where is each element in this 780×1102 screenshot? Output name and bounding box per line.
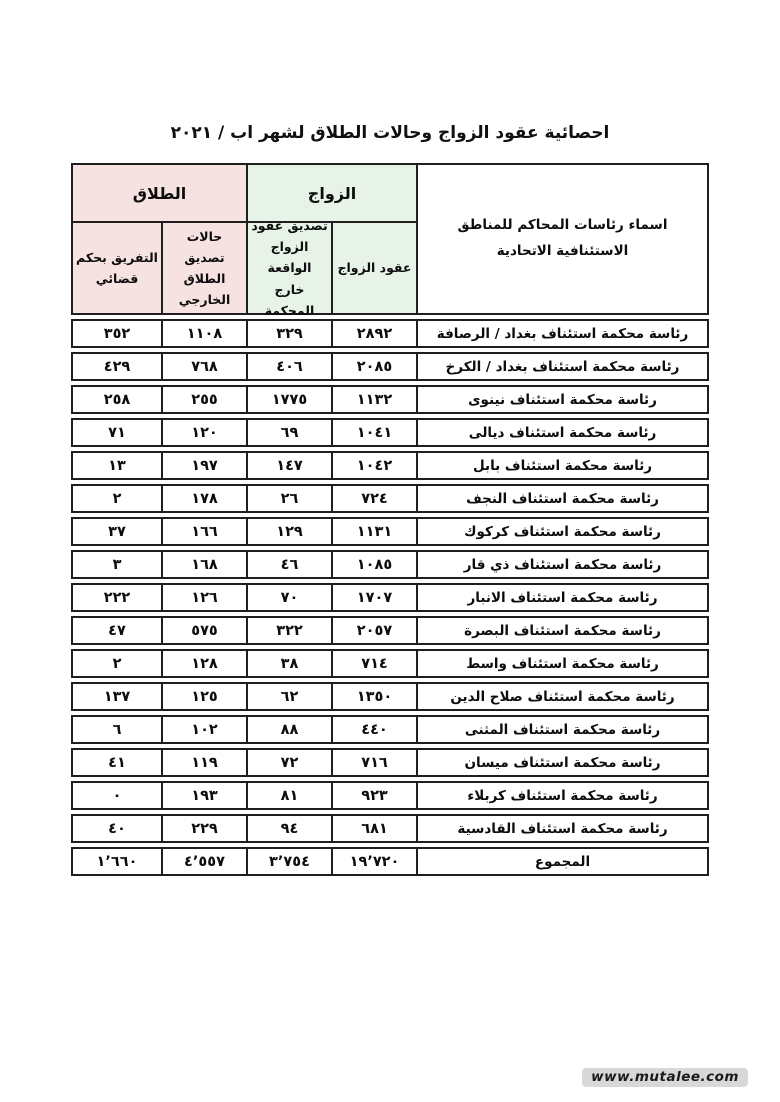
total-row: المجموع١٩٬٧٢٠٣٬٧٥٤٤٬٥٥٧١٬٦٦٠: [71, 847, 709, 876]
judicial-separation-cell: ٢٢٢: [73, 585, 161, 610]
marriage-contracts-cell: ١١٣١: [331, 519, 416, 544]
marriage-contracts-cell: ٧٢٤: [331, 486, 416, 511]
external-divorce-cell: ١٢٠: [161, 420, 246, 445]
court-name-cell: رئاسة محكمة استئناف ديالى: [416, 420, 707, 445]
court-name-cell: رئاسة محكمة استئناف النجف: [416, 486, 707, 511]
court-name-cell: رئاسة محكمة استئناف واسط: [416, 651, 707, 676]
outside-court-cell: ٦٢: [246, 684, 331, 709]
marriage-contracts-cell: ٧١٤: [331, 651, 416, 676]
marriage-contracts-cell: ٤٤٠: [331, 717, 416, 742]
external-divorce-cell: ١٩٧: [161, 453, 246, 478]
marriage-contracts-cell: ١٧٠٧: [331, 585, 416, 610]
table-row: رئاسة محكمة استئناف صلاح الدين١٣٥٠٦٢١٢٥١…: [71, 682, 709, 711]
outside-court-cell: ٧٠: [246, 585, 331, 610]
court-name-cell: رئاسة محكمة استئناف الانبار: [416, 585, 707, 610]
court-name-cell: رئاسة محكمة استئناف نينوى: [416, 387, 707, 412]
judicial-separation-cell: ١٣: [73, 453, 161, 478]
table-row: رئاسة محكمة استئناف ديالى١٠٤١٦٩١٢٠٧١: [71, 418, 709, 447]
marriage-contracts-cell: ١٠٤١: [331, 420, 416, 445]
column-header-court-names: اسماء رئاسات المحاكم للمناطق الاستئنافية…: [416, 165, 707, 313]
external-divorce-cell: ١٢٦: [161, 585, 246, 610]
outside-court-cell: ٩٤: [246, 816, 331, 841]
judicial-separation-cell: ٧١: [73, 420, 161, 445]
external-divorce-cell: ١٢٨: [161, 651, 246, 676]
external-divorce-cell: ٧٦٨: [161, 354, 246, 379]
outside-court-cell: ٢٦: [246, 486, 331, 511]
table-body: رئاسة محكمة استئناف بغداد / الرصافة٢٨٩٢٣…: [71, 319, 709, 876]
judicial-separation-cell: ٢٥٨: [73, 387, 161, 412]
court-name-cell: رئاسة محكمة استئناف ذي قار: [416, 552, 707, 577]
table-row: رئاسة محكمة استئناف نينوى١١٣٢١٧٧٥٢٥٥٢٥٨: [71, 385, 709, 414]
external-divorce-cell: ٤٬٥٥٧: [161, 849, 246, 874]
outside-court-cell: ٣٢٩: [246, 321, 331, 346]
external-divorce-cell: ١٢٥: [161, 684, 246, 709]
outside-court-cell: ١٤٧: [246, 453, 331, 478]
external-divorce-cell: ١١٠٨: [161, 321, 246, 346]
table-row: رئاسة محكمة استئناف واسط٧١٤٣٨١٢٨٢: [71, 649, 709, 678]
table-row: رئاسة محكمة استئناف البصرة٢٠٥٧٣٢٢٥٧٥٤٧: [71, 616, 709, 645]
judicial-separation-cell: ٠: [73, 783, 161, 808]
table-row: رئاسة محكمة استئناف النجف٧٢٤٢٦١٧٨٢: [71, 484, 709, 513]
marriage-contracts-cell: ٧١٦: [331, 750, 416, 775]
judicial-separation-cell: ٣: [73, 552, 161, 577]
column-header-marriage-contracts: عقود الزواج: [331, 223, 416, 313]
marriage-contracts-cell: ٢٠٥٧: [331, 618, 416, 643]
judicial-separation-cell: ١٣٧: [73, 684, 161, 709]
judicial-separation-cell: ٤٢٩: [73, 354, 161, 379]
marriage-contracts-cell: ٩٢٣: [331, 783, 416, 808]
outside-court-cell: ٤٠٦: [246, 354, 331, 379]
external-divorce-cell: ١٦٦: [161, 519, 246, 544]
outside-court-cell: ٦٩: [246, 420, 331, 445]
court-name-cell: رئاسة محكمة استئناف كركوك: [416, 519, 707, 544]
judicial-separation-cell: ٤٧: [73, 618, 161, 643]
group-header-divorce: الطلاق: [73, 165, 246, 223]
judicial-separation-cell: ٦: [73, 717, 161, 742]
court-name-cell: رئاسة محكمة استئناف البصرة: [416, 618, 707, 643]
marriage-contracts-cell: ٢٠٨٥: [331, 354, 416, 379]
column-header-judicial-separation: التفريق بحكم قضائي: [73, 223, 161, 313]
court-name-cell: رئاسة محكمة استئناف صلاح الدين: [416, 684, 707, 709]
judicial-separation-cell: ٤١: [73, 750, 161, 775]
table-row: رئاسة محكمة استئناف بغداد / الكرخ٢٠٨٥٤٠٦…: [71, 352, 709, 381]
external-divorce-cell: ١٩٣: [161, 783, 246, 808]
external-divorce-cell: ١٦٨: [161, 552, 246, 577]
outside-court-cell: ١٢٩: [246, 519, 331, 544]
outside-court-cell: ٣٬٧٥٤: [246, 849, 331, 874]
table-row: رئاسة محكمة استئناف الانبار١٧٠٧٧٠١٢٦٢٢٢: [71, 583, 709, 612]
marriage-contracts-cell: ٢٨٩٢: [331, 321, 416, 346]
court-name-cell: رئاسة محكمة استئناف كربلاء: [416, 783, 707, 808]
table-row: رئاسة محكمة استئناف بغداد / الرصافة٢٨٩٢٣…: [71, 319, 709, 348]
statistics-table: اسماء رئاسات المحاكم للمناطق الاستئنافية…: [71, 163, 709, 876]
table-row: رئاسة محكمة استئناف كربلاء٩٢٣٨١١٩٣٠: [71, 781, 709, 810]
court-name-cell: رئاسة محكمة استئناف ميسان: [416, 750, 707, 775]
table-row: رئاسة محكمة استئناف ميسان٧١٦٧٢١١٩٤١: [71, 748, 709, 777]
external-divorce-cell: ١١٩: [161, 750, 246, 775]
court-name-cell: رئاسة محكمة استئناف بابل: [416, 453, 707, 478]
table-row: رئاسة محكمة استئناف بابل١٠٤٢١٤٧١٩٧١٣: [71, 451, 709, 480]
court-name-cell: المجموع: [416, 849, 707, 874]
outside-court-cell: ١٧٧٥: [246, 387, 331, 412]
external-divorce-cell: ٢٢٩: [161, 816, 246, 841]
judicial-separation-cell: ٢: [73, 486, 161, 511]
marriage-contracts-cell: ١٣٥٠: [331, 684, 416, 709]
court-name-cell: رئاسة محكمة استئناف القادسية: [416, 816, 707, 841]
column-header-outside-court-ratification: تصديق عقود الزواج الواقعة خارج المحكمة: [246, 223, 331, 313]
marriage-contracts-cell: ١٩٬٧٢٠: [331, 849, 416, 874]
judicial-separation-cell: ٢: [73, 651, 161, 676]
external-divorce-cell: ٥٧٥: [161, 618, 246, 643]
table-row: رئاسة محكمة استئناف ذي قار١٠٨٥٤٦١٦٨٣: [71, 550, 709, 579]
judicial-separation-cell: ٤٠: [73, 816, 161, 841]
page-title: احصائية عقود الزواج وحالات الطلاق لشهر ا…: [0, 123, 780, 143]
marriage-contracts-cell: ٦٨١: [331, 816, 416, 841]
judicial-separation-cell: ٣٧: [73, 519, 161, 544]
column-header-external-divorce-ratification: حالات تصديق الطلاق الخارجي: [161, 223, 246, 313]
marriage-contracts-cell: ١٠٨٥: [331, 552, 416, 577]
table-header: اسماء رئاسات المحاكم للمناطق الاستئنافية…: [71, 163, 709, 315]
external-divorce-cell: ٢٥٥: [161, 387, 246, 412]
judicial-separation-cell: ١٬٦٦٠: [73, 849, 161, 874]
court-name-cell: رئاسة محكمة استئناف بغداد / الكرخ: [416, 354, 707, 379]
marriage-contracts-cell: ١١٣٢: [331, 387, 416, 412]
court-name-cell: رئاسة محكمة استئناف المثنى: [416, 717, 707, 742]
marriage-contracts-cell: ١٠٤٢: [331, 453, 416, 478]
outside-court-cell: ٣٨: [246, 651, 331, 676]
outside-court-cell: ٣٢٢: [246, 618, 331, 643]
outside-court-cell: ٨١: [246, 783, 331, 808]
table-row: رئاسة محكمة استئناف كركوك١١٣١١٢٩١٦٦٣٧: [71, 517, 709, 546]
judicial-separation-cell: ٣٥٢: [73, 321, 161, 346]
court-name-cell: رئاسة محكمة استئناف بغداد / الرصافة: [416, 321, 707, 346]
table-row: رئاسة محكمة استئناف المثنى٤٤٠٨٨١٠٢٦: [71, 715, 709, 744]
external-divorce-cell: ١٧٨: [161, 486, 246, 511]
table-row: رئاسة محكمة استئناف القادسية٦٨١٩٤٢٢٩٤٠: [71, 814, 709, 843]
watermark: www.mutalee.com: [582, 1068, 748, 1087]
external-divorce-cell: ١٠٢: [161, 717, 246, 742]
outside-court-cell: ٨٨: [246, 717, 331, 742]
scanned-statistics-page: { "title": "احصائية عقود الزواج وحالات ا…: [0, 0, 780, 1102]
outside-court-cell: ٧٢: [246, 750, 331, 775]
outside-court-cell: ٤٦: [246, 552, 331, 577]
